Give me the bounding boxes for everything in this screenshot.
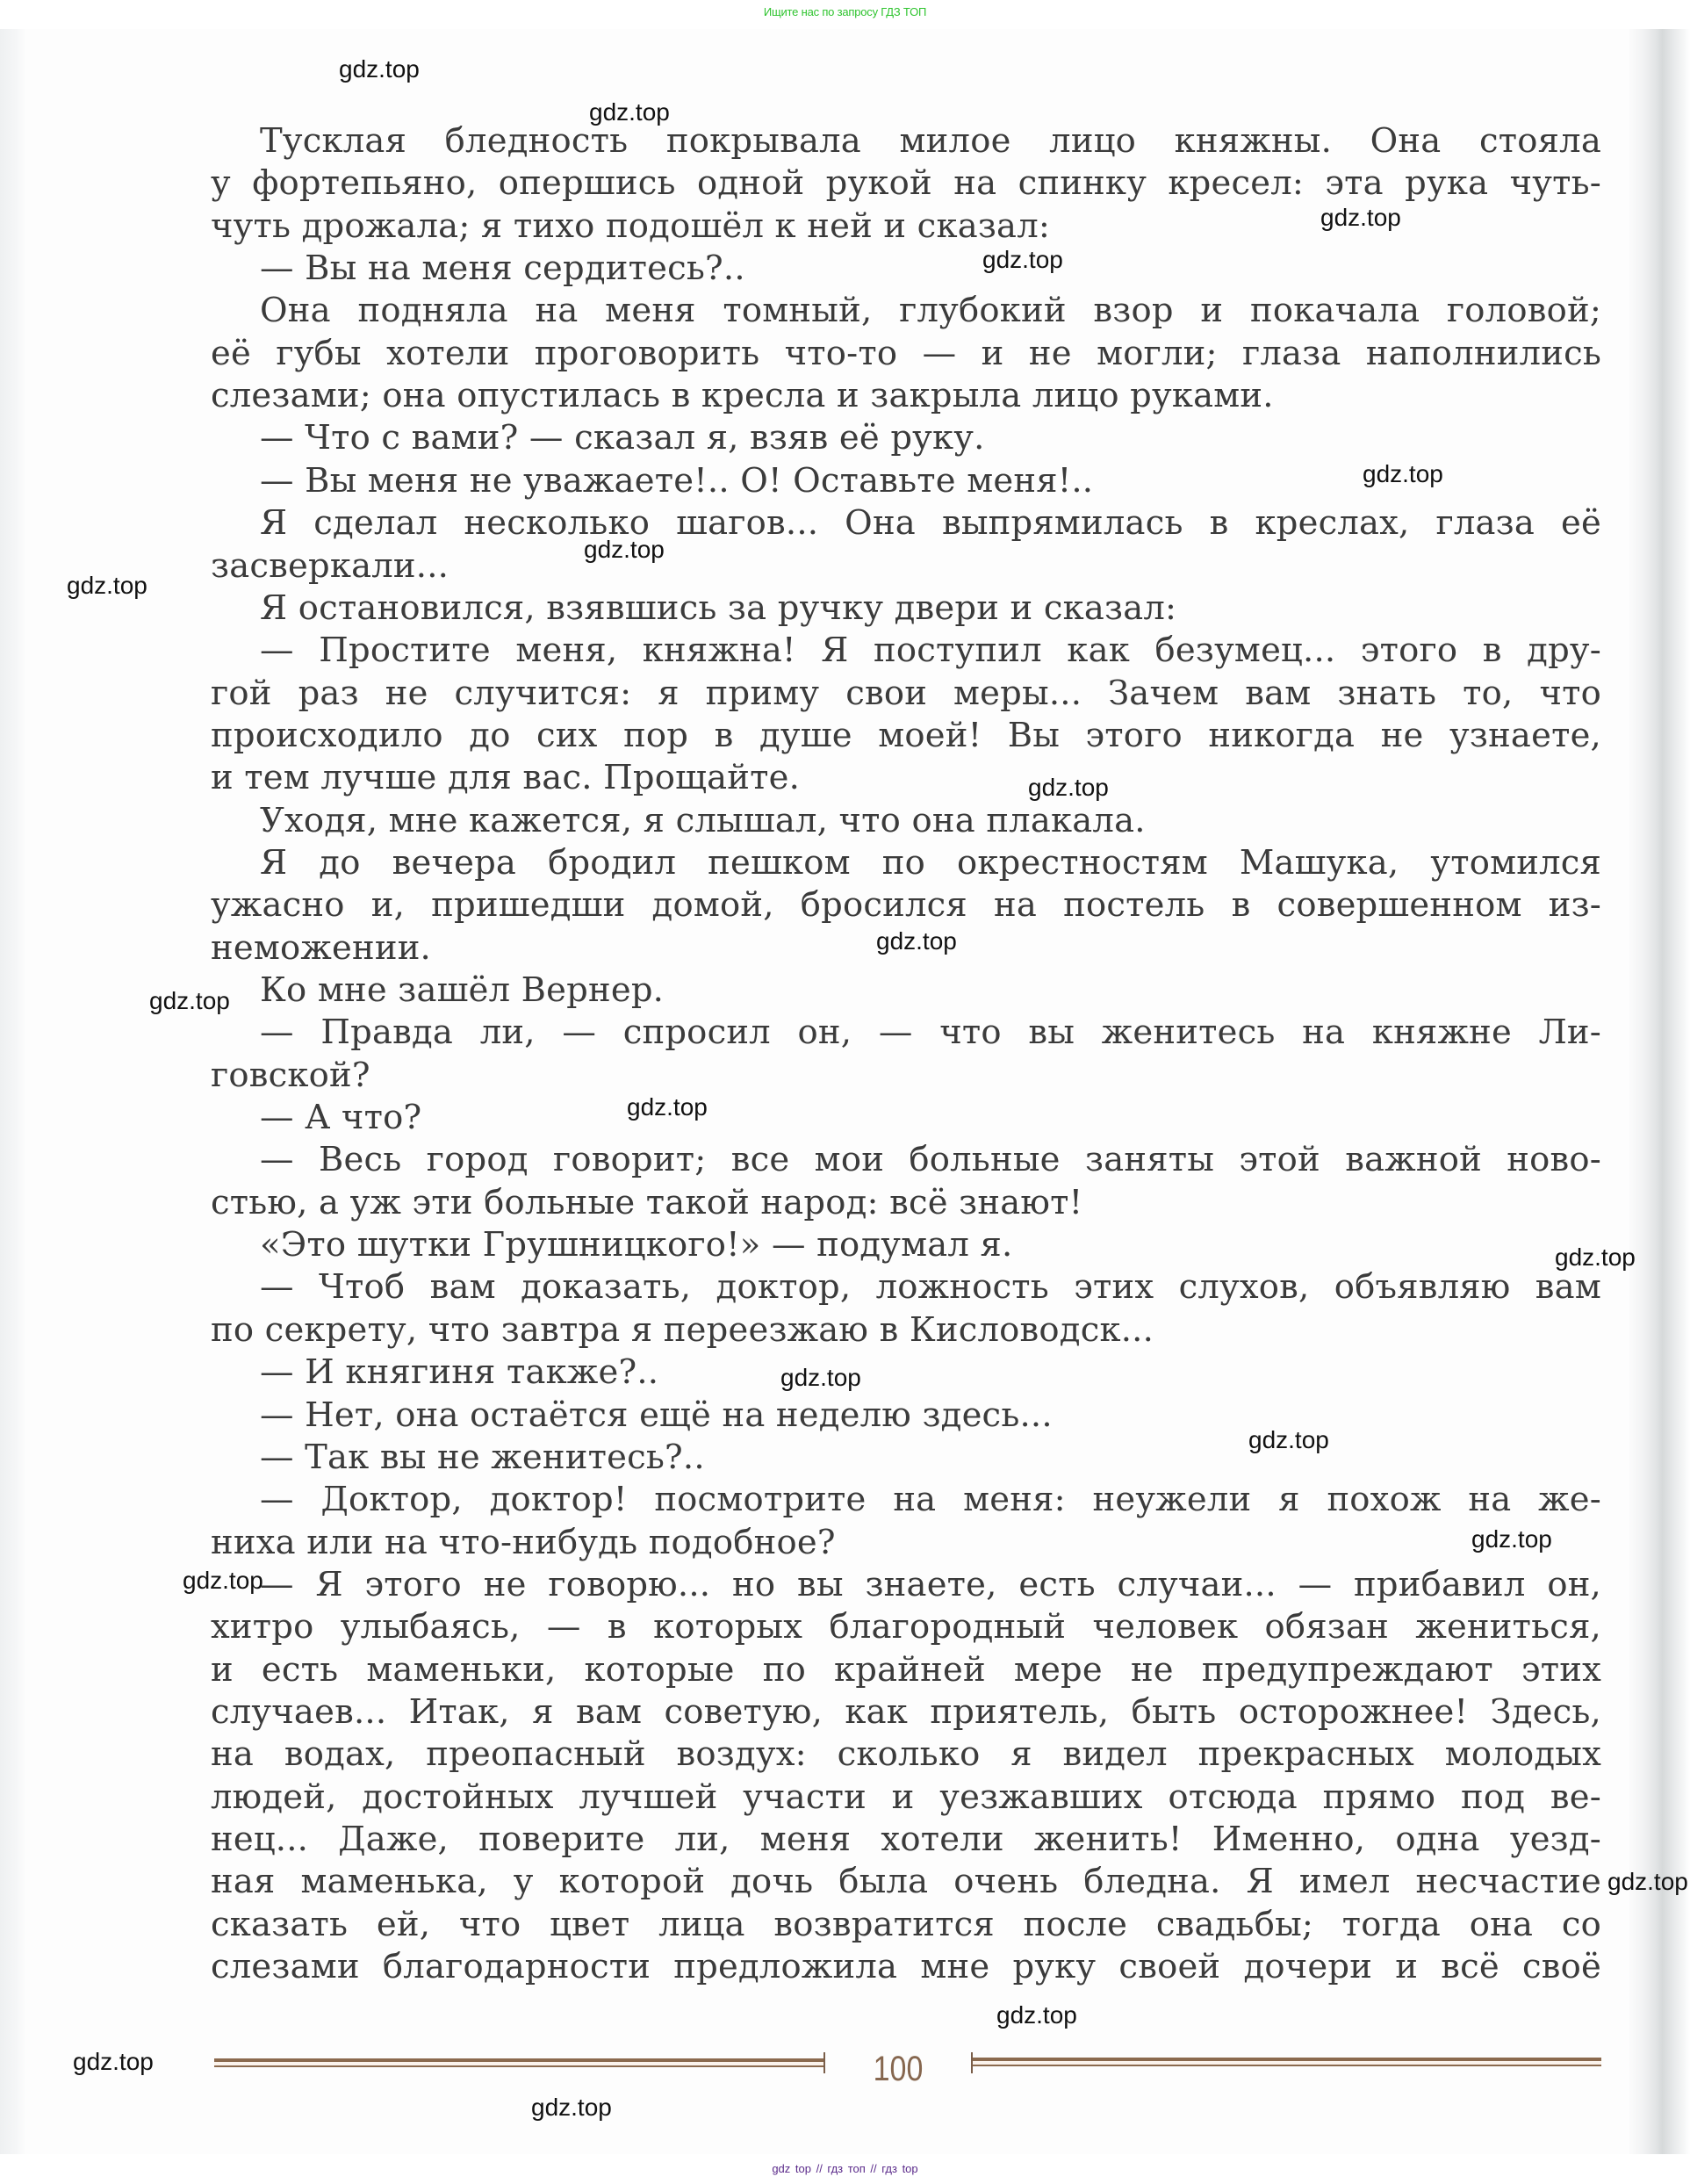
watermark-label: gdz.top (996, 2002, 1077, 2029)
text-line: — Я этого не говорю... но вы знаете, ест… (260, 1564, 1601, 1606)
text-line: говской? (211, 1055, 1601, 1097)
text-line: ниха или на что-нибудь подобное? (211, 1522, 1601, 1564)
text-line: Ко мне зашёл Вернер. (260, 969, 1601, 1012)
text-line: гой раз не случится: я приму свои меры..… (211, 673, 1601, 715)
text-line: нец... Даже, поверите ли, меня хотели же… (211, 1819, 1601, 1861)
text-line: Уходя, мне кажется, я слышал, что она пл… (260, 800, 1601, 842)
watermark-label: gdz.top (1607, 1869, 1688, 1895)
watermark-label: gdz.top (67, 573, 147, 599)
text-line: людей, достойных лучшей участи и уезжавш… (211, 1777, 1601, 1819)
watermark-label: gdz.top (876, 928, 957, 955)
text-line: — Простите меня, княжна! Я поступил как … (260, 630, 1601, 672)
watermark-label: gdz.top (339, 56, 420, 83)
footer-rule-left-cap (823, 2052, 825, 2073)
page-number: 100 (861, 2050, 936, 2089)
search-hint-banner: Ищите нас по запросу ГДЗ ТОП (0, 5, 1690, 18)
text-line: стью, а уж эти больные такой народ: всё … (211, 1182, 1601, 1224)
watermark-label: gdz.top (1248, 1427, 1329, 1453)
top-banner: Ищите нас по запросу ГДЗ ТОП (0, 0, 1690, 29)
text-line: сказать ей, что цвет лица возвратится по… (211, 1904, 1601, 1946)
text-line: и тем лучше для вас. Прощайте. (211, 757, 1601, 799)
text-line: ная маменька, у которой дочь была очень … (211, 1861, 1601, 1903)
watermark-label: gdz.top (982, 247, 1063, 273)
text-line: — Вы на меня сердитесь?.. (260, 248, 1601, 290)
text-line: «Это шутки Грушницкого!» — подумал я. (260, 1224, 1601, 1266)
text-line: Я до вечера бродил пешком по окрестностя… (260, 842, 1601, 884)
text-line: хитро улыбаясь, — в которых благородный … (211, 1606, 1601, 1648)
text-line: — Весь город говорит; все мои больные за… (260, 1139, 1601, 1181)
text-line: — Правда ли, — спросил он, — что вы жени… (260, 1012, 1601, 1054)
text-line: — А что? (260, 1097, 1601, 1139)
text-line: — Нет, она остаётся ещё на неделю здесь.… (260, 1395, 1601, 1437)
text-line: Я остановился, взявшись за ручку двери и… (260, 587, 1601, 630)
book-page: Тусклая бледность покрывала милое лицо к… (0, 29, 1690, 2154)
page-left-edge (0, 29, 26, 2154)
text-line: её губы хотели проговорить что-то — и не… (211, 333, 1601, 375)
watermark-label: gdz.top (149, 988, 230, 1014)
text-line: у фортепьяно, опершись одной рукой на сп… (211, 162, 1601, 205)
text-line: засверкали... (211, 545, 1601, 587)
watermark-label: gdz.top (780, 1365, 861, 1391)
footer-rule-left (214, 2058, 823, 2067)
watermark-label: gdz.top (1320, 205, 1401, 231)
text-line: Она подняла на меня томный, глубокий взо… (260, 290, 1601, 332)
text-line: случаев... Итак, я вам советую, как прия… (211, 1691, 1601, 1734)
watermark-label: gdz.top (1028, 775, 1109, 801)
watermark-label: gdz.top (73, 2049, 154, 2075)
text-line: происходило до сих пор в душе моей! Вы э… (211, 715, 1601, 757)
text-line: Я сделал несколько шагов... Она выпрямил… (260, 502, 1601, 544)
text-line: на водах, преопасный воздух: сколько я в… (211, 1734, 1601, 1776)
watermark-label: gdz.top (1471, 1526, 1552, 1553)
text-line: — И княгиня также?.. (260, 1351, 1601, 1394)
watermark-label: gdz.top (627, 1094, 708, 1121)
footer-rule-right (973, 2058, 1601, 2066)
watermark-label: gdz.top (531, 2094, 612, 2121)
site-footer-links: gdz top // гдз топ // гдз top (0, 2162, 1690, 2175)
watermark-label: gdz.top (183, 1568, 263, 1594)
text-line: слезами благодарности предложила мне рук… (211, 1946, 1601, 1988)
watermark-label: gdz.top (584, 537, 665, 563)
text-line: по секрету, что завтра я переезжаю в Кис… (211, 1309, 1601, 1351)
watermark-label: gdz.top (589, 99, 670, 126)
watermark-label: gdz.top (1363, 461, 1443, 487)
text-line: — Чтоб вам доказать, доктор, ложность эт… (260, 1266, 1601, 1308)
text-line: ужасно и, пришедши домой, бросился на по… (211, 884, 1601, 926)
book-spine-shadow (1629, 29, 1690, 2154)
text-line: Тусклая бледность покрывала милое лицо к… (260, 120, 1601, 162)
text-line: — Доктор, доктор! посмотрите на меня: не… (260, 1479, 1601, 1521)
watermark-label: gdz.top (1555, 1244, 1636, 1271)
text-line: слезами; она опустилась в кресла и закры… (211, 375, 1601, 417)
text-line: — Так вы не женитесь?.. (260, 1437, 1601, 1479)
text-line: — Что с вами? — сказал я, взяв её руку. (260, 417, 1601, 459)
text-line: и есть маменьки, которые по крайней мере… (211, 1649, 1601, 1691)
